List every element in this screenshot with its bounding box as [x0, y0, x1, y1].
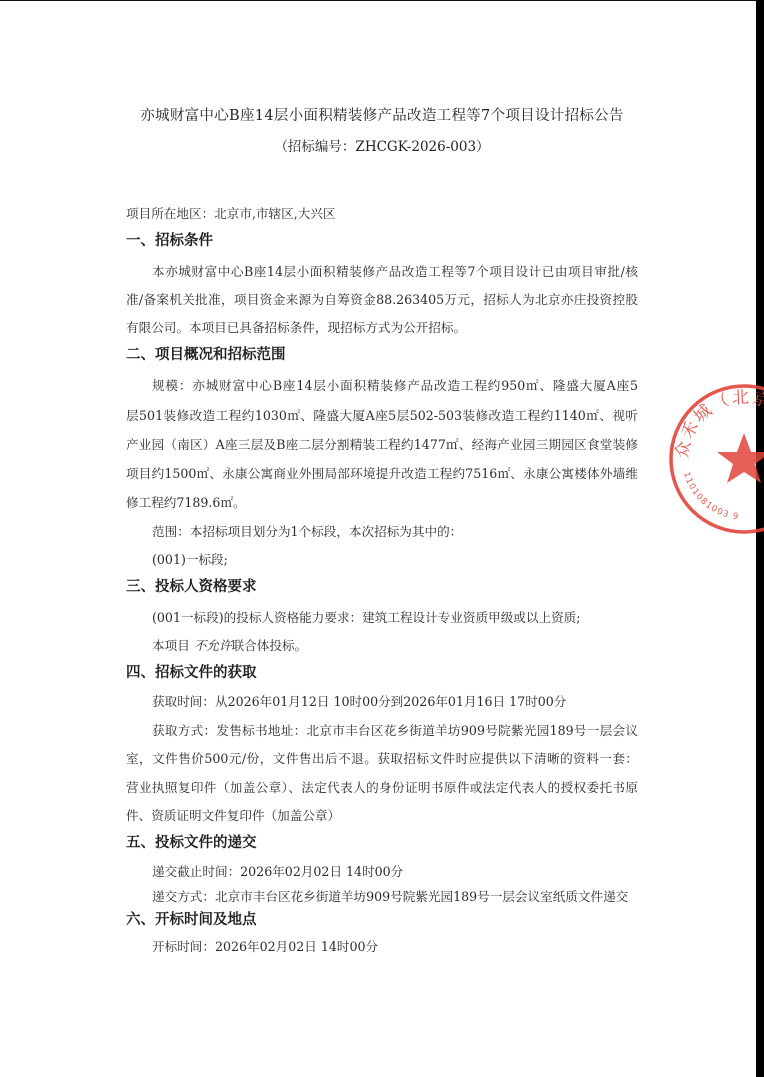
paragraph-line: (001一标段)的投标人资格能力要求：建筑工程设计专业资质甲级或以上资质;: [152, 610, 581, 626]
scan-top-edge: [0, 0, 764, 1]
scan-right-edge: [756, 0, 764, 1077]
section-heading-obtaining-documents: 四、招标文件的获取: [126, 664, 257, 682]
consortium-prefix: 本项目: [152, 638, 190, 653]
paragraph-line: 有限公司。本项目已具备招标条件，现招标方式为公开招标。: [126, 320, 466, 336]
paragraph-line: 准/备案机关批准，项目资金来源为自筹资金88.263405万元，招标人为北京亦庄…: [126, 292, 638, 308]
consortium-line: 本项目 不允许联合体投标。: [152, 638, 307, 654]
paragraph-line: 获取方式：发售标书地址：北京市丰台区花乡街道羊坊909号院紫光园189号一层会议: [152, 723, 638, 739]
project-region: 项目所在地区：北京市,市辖区,大兴区: [126, 206, 336, 222]
paragraph-line: 产业园（南区）A座三层及B座二层分割精装工程约1477㎡、经海产业园三期园区食堂…: [126, 437, 638, 453]
section-heading-bid-opening: 六、开标时间及地点: [126, 911, 257, 929]
paragraph-line: 开标时间：2026年02月02日 14时00分: [152, 939, 378, 955]
paragraph-line: 件、资质证明文件复印件（加盖公章）: [126, 808, 340, 824]
section-heading-tender-conditions: 一、招标条件: [126, 232, 213, 250]
tender-number: （招标编号：ZHCGK-2026-003）: [126, 135, 638, 155]
paragraph-line: 获取时间：从2026年01月12日 10时00分到2026年01月16日 17时…: [152, 694, 566, 710]
paragraph-line: 营业执照复印件（加盖公章）、法定代表人的身份证明书原件或法定代表人的授权委托书原: [126, 780, 638, 796]
seal-star-icon: [717, 433, 764, 483]
paragraph-line: 本亦城财富中心B座14层小面积精装修产品改造工程等7个项目设计已由项目审批/核: [152, 264, 638, 280]
paragraph-line: 项目约1500㎡、永康公寓商业外围局部环境提升改造工程约7516㎡、永康公寓楼体…: [126, 466, 638, 482]
company-seal-stamp: 众禾城（北京）工 1101081003 9: [668, 383, 764, 535]
paragraph-line: 递交截止时间：2026年02月02日 14时00分: [152, 864, 403, 880]
svg-text:众禾城（北京）工: 众禾城（北京）工: [672, 388, 764, 460]
paragraph-line: 修工程约7189.6㎡。: [126, 495, 246, 511]
section-heading-project-overview: 二、项目概况和招标范围: [126, 346, 286, 364]
paragraph-line: 规模：亦城财富中心B座14层小面积精装修产品改造工程约950㎡、隆盛大厦A座5: [152, 378, 638, 394]
consortium-suffix: 联合体投标。: [232, 638, 308, 653]
consortium-not-allowed: 不允许: [194, 638, 232, 653]
section-heading-bidder-qualifications: 三、投标人资格要求: [126, 578, 257, 596]
paragraph-line: 室，文件售价500元/份，文件售出后不退。获取招标文件时应提供以下清晰的资料一套…: [126, 751, 638, 767]
section-heading-bid-submission: 五、投标文件的递交: [126, 834, 257, 852]
document-title: 亦城财富中心B座14层小面积精装修产品改造工程等7个项目设计招标公告: [126, 104, 638, 125]
paragraph-line: 层501装修改造工程约1030㎡、隆盛大厦A座5层502-503装修改造工程约1…: [126, 408, 638, 424]
paragraph-line: 范围：本招标项目划分为1个标段，本次招标为其中的：: [152, 524, 462, 540]
paragraph-line: (001)一标段;: [152, 552, 228, 568]
paragraph-line: 递交方式：北京市丰台区花乡街道羊坊909号院紫光园189号一层会议室纸质文件递交: [152, 889, 628, 905]
seal-top-text: 众禾城（北京）工: [672, 388, 764, 460]
